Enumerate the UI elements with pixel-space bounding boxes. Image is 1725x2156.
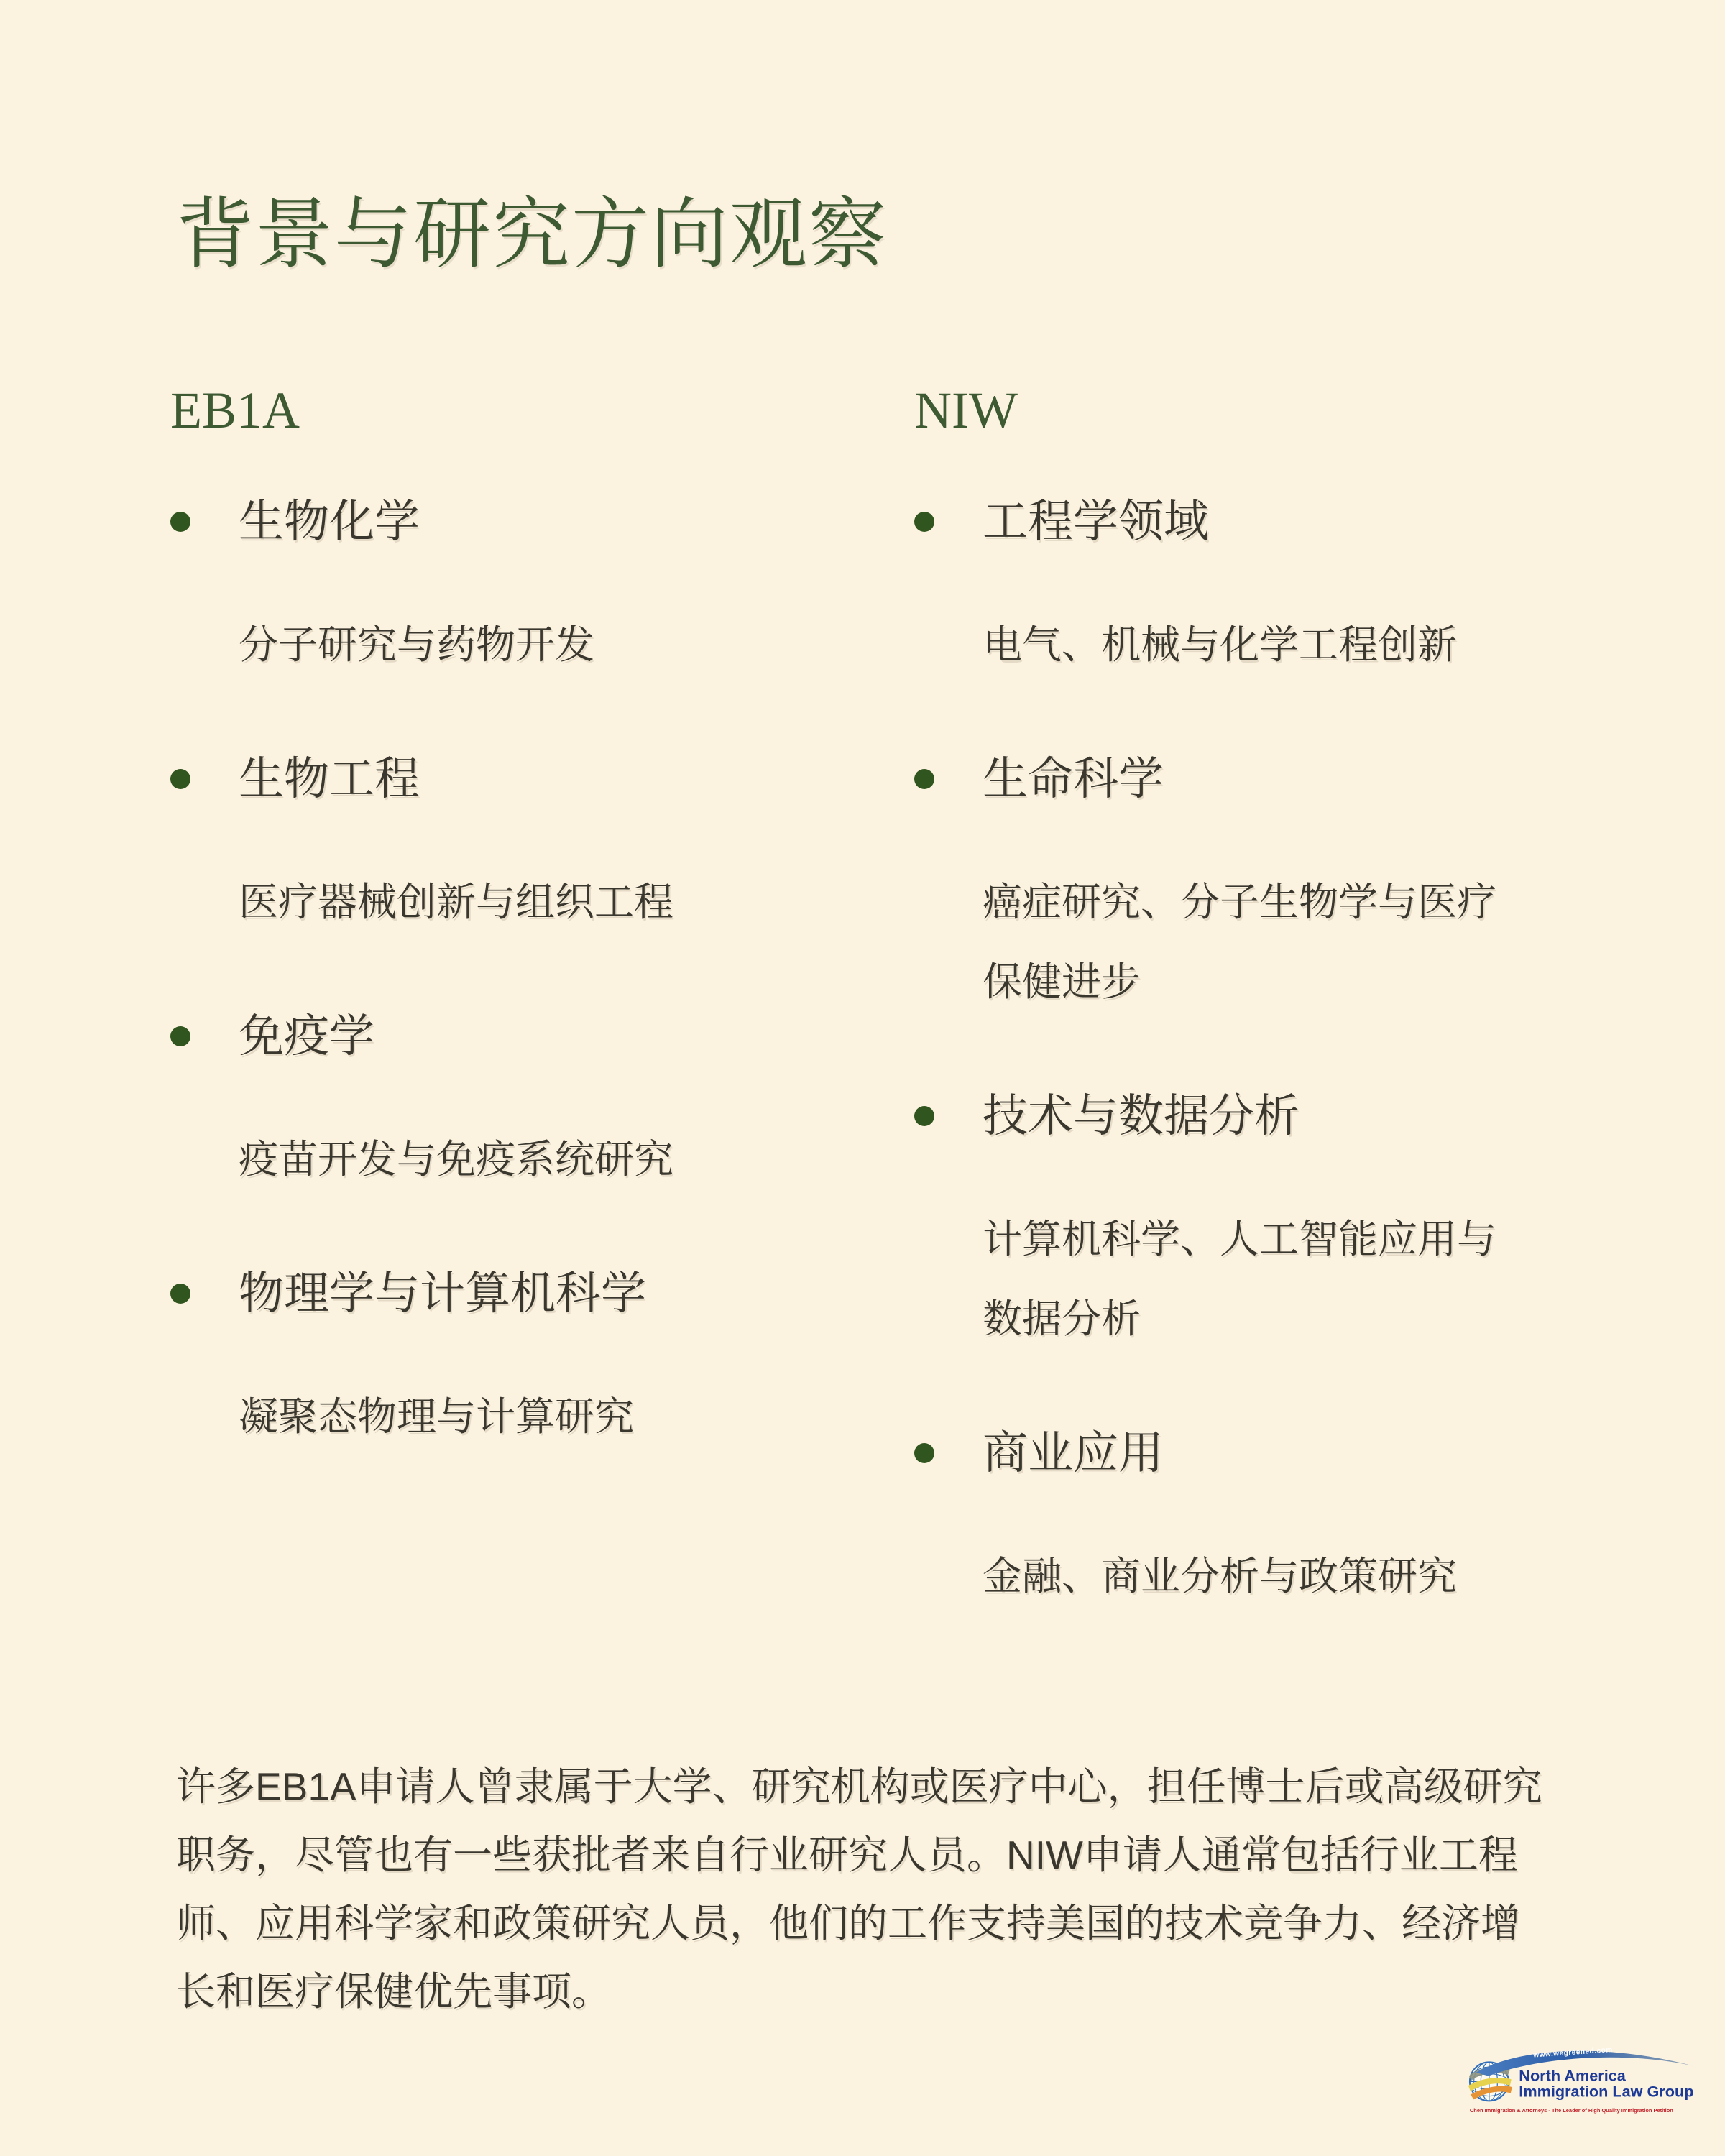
item-detail: 癌症研究、分子生物学与医疗保健进步	[983, 862, 1532, 1022]
list-item: 生物工程 医疗器械创新与组织工程	[170, 757, 914, 942]
bullet-icon	[170, 1284, 190, 1304]
column-header-niw: NIW	[914, 384, 1532, 436]
logo-name-line1: North America	[1519, 2066, 1626, 2084]
bullet-icon	[914, 1443, 934, 1463]
item-heading: 生命科学	[983, 757, 1532, 802]
item-heading: 技术与数据分析	[983, 1094, 1532, 1139]
list-item: 物理学与计算机科学 凝聚态物理与计算研究	[170, 1271, 914, 1457]
bullet-icon	[170, 512, 190, 532]
columns-section: EB1A 生物化学 分子研究与药物开发 生物工程 医疗器械创新与组织工程 免疫学	[170, 384, 1725, 1688]
item-heading: 工程学领域	[983, 499, 1532, 545]
company-logo: www.wegreened.com North America Immigrat…	[1468, 2042, 1696, 2116]
logo-name-line2: Immigration Law Group	[1519, 2083, 1693, 2101]
page-title: 背景与研究方向观察	[176, 195, 1725, 273]
item-heading: 物理学与计算机科学	[239, 1271, 914, 1317]
column-niw: NIW 工程学领域 电气、机械与化学工程创新 生命科学 癌症研究、分子生物学与医…	[914, 384, 1532, 1688]
bullet-icon	[914, 512, 934, 532]
item-detail: 医疗器械创新与组织工程	[239, 862, 914, 942]
slide-page: 背景与研究方向观察 EB1A 生物化学 分子研究与药物开发 生物工程 医疗器械创…	[0, 0, 1725, 2156]
item-detail: 计算机科学、人工智能应用与数据分析	[983, 1199, 1532, 1359]
bullet-icon	[170, 769, 190, 789]
column-header-eb1a: EB1A	[170, 384, 914, 436]
list-item: 生命科学 癌症研究、分子生物学与医疗保健进步	[914, 757, 1532, 1022]
item-detail: 电气、机械与化学工程创新	[983, 605, 1532, 685]
item-heading: 免疫学	[239, 1014, 914, 1059]
bullet-icon	[914, 1106, 934, 1126]
item-heading: 商业应用	[983, 1431, 1532, 1476]
list-item: 工程学领域 电气、机械与化学工程创新	[914, 499, 1532, 685]
item-heading: 生物化学	[239, 499, 914, 545]
item-heading: 生物工程	[239, 757, 914, 802]
item-detail: 疫苗开发与免疫系统研究	[239, 1120, 914, 1199]
summary-paragraph: 许多EB1A申请人曾隶属于大学、研究机构或医疗中心，担任博士后或高级研究职务，尽…	[176, 1753, 1545, 2026]
item-detail: 金融、商业分析与政策研究	[983, 1537, 1532, 1616]
column-eb1a: EB1A 生物化学 分子研究与药物开发 生物工程 医疗器械创新与组织工程 免疫学	[170, 384, 914, 1688]
item-detail: 凝聚态物理与计算研究	[239, 1377, 914, 1457]
bullet-icon	[914, 769, 934, 789]
list-item: 商业应用 金融、商业分析与政策研究	[914, 1431, 1532, 1616]
logo-tagline: Chen Immigration & Attorneys - The Leade…	[1470, 2107, 1673, 2114]
list-item: 生物化学 分子研究与药物开发	[170, 499, 914, 685]
list-item: 免疫学 疫苗开发与免疫系统研究	[170, 1014, 914, 1199]
list-item: 技术与数据分析 计算机科学、人工智能应用与数据分析	[914, 1094, 1532, 1359]
bullet-icon	[170, 1026, 190, 1046]
item-detail: 分子研究与药物开发	[239, 605, 914, 685]
